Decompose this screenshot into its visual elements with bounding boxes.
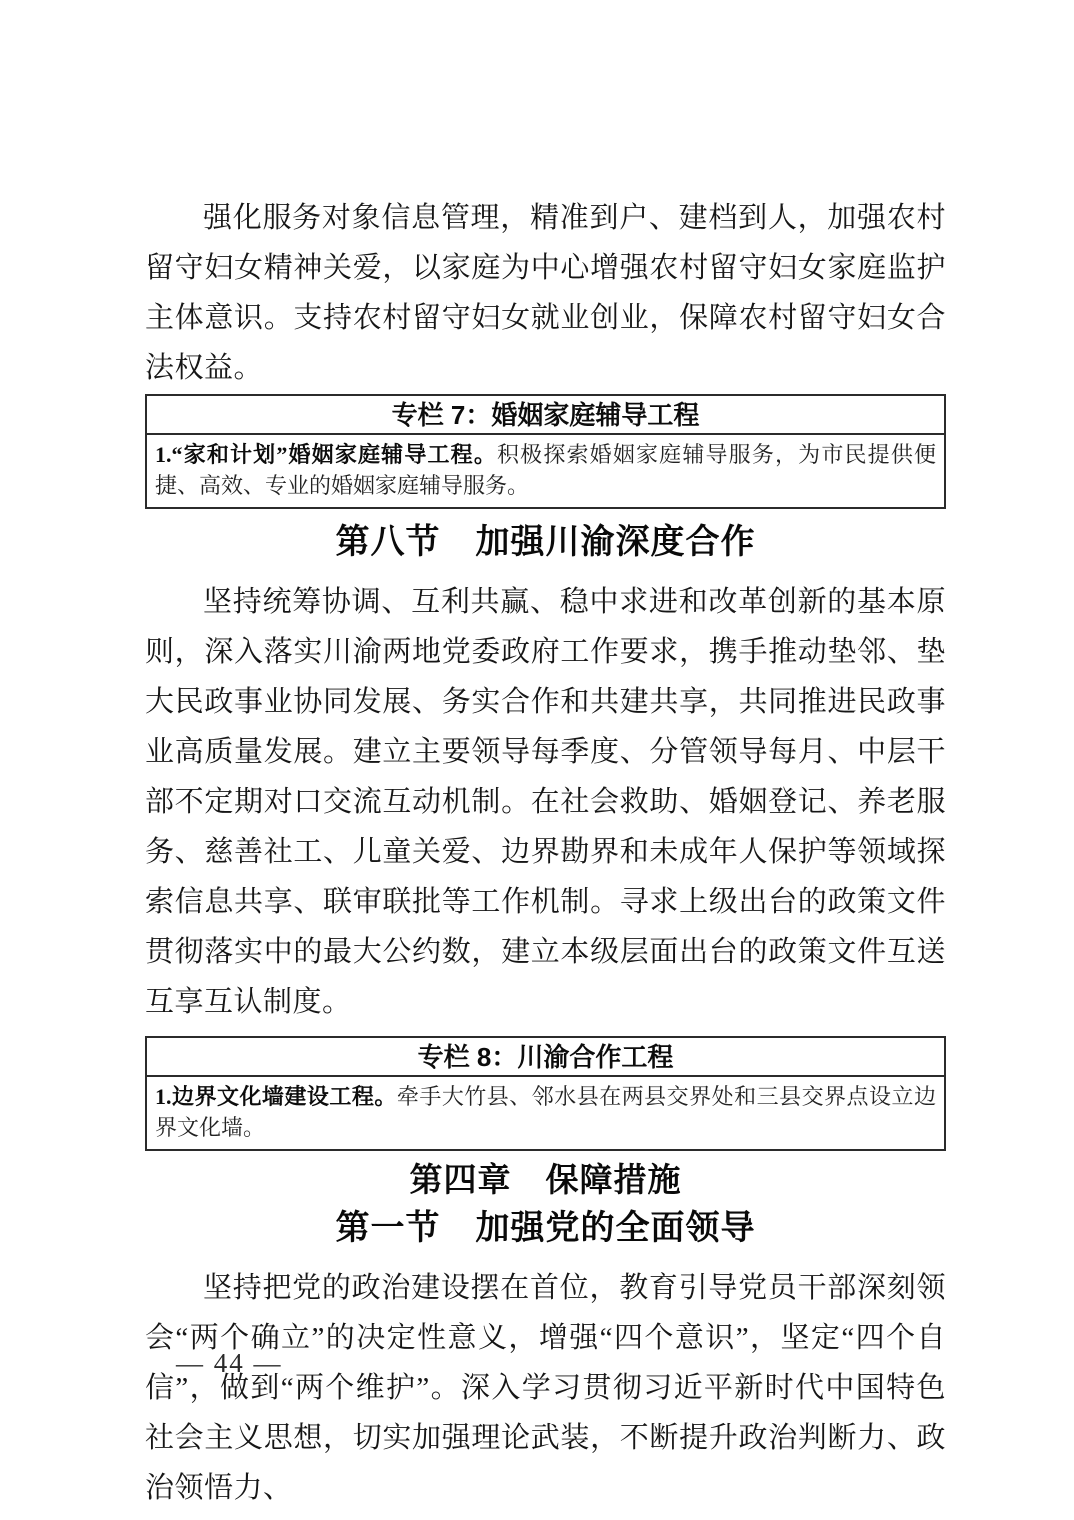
feature-box-8-body: 1.边界文化墙建设工程。牵手大竹县、邻水县在两县交界处和三县交界点设立边界文化墙… [147, 1077, 944, 1149]
feature-box-7-title: 专栏 7：婚姻家庭辅导工程 [147, 396, 944, 435]
section-heading-8: 第八节 加强川渝深度合作 [145, 521, 946, 565]
feature-box-8: 专栏 8：川渝合作工程 1.边界文化墙建设工程。牵手大竹县、邻水县在两县交界处和… [145, 1036, 946, 1151]
page-number: — 44 — [176, 1348, 283, 1379]
chapter-heading-4: 第四章 保障措施 [145, 1159, 946, 1203]
feature-box-8-item-lead: 1.边界文化墙建设工程。 [155, 1084, 397, 1109]
paragraph-party-leadership: 坚持把党的政治建设摆在首位，教育引导党员干部深刻领会“两个确立”的决定性意义，增… [145, 1263, 946, 1513]
document-page: 强化服务对象信息管理，精准到户、建档到人，加强农村留守妇女精神关爱，以家庭为中心… [0, 0, 1074, 1520]
paragraph-cooperation: 坚持统筹协调、互利共赢、稳中求进和改革创新的基本原则，深入落实川渝两地党委政府工… [145, 577, 946, 1027]
text-column: 强化服务对象信息管理，精准到户、建档到人，加强农村留守妇女精神关爱，以家庭为中心… [145, 193, 946, 1513]
feature-box-7: 专栏 7：婚姻家庭辅导工程 1.“家和计划”婚姻家庭辅导工程。积极探索婚姻家庭辅… [145, 394, 946, 509]
feature-box-7-item-lead: 1.“家和计划”婚姻家庭辅导工程。 [155, 442, 497, 467]
paragraph-service-info: 强化服务对象信息管理，精准到户、建档到人，加强农村留守妇女精神关爱，以家庭为中心… [145, 193, 946, 393]
feature-box-8-title: 专栏 8：川渝合作工程 [147, 1038, 944, 1077]
feature-box-7-body: 1.“家和计划”婚姻家庭辅导工程。积极探索婚姻家庭辅导服务，为市民提供便捷、高效… [147, 435, 944, 507]
section-heading-1: 第一节 加强党的全面领导 [145, 1207, 946, 1251]
